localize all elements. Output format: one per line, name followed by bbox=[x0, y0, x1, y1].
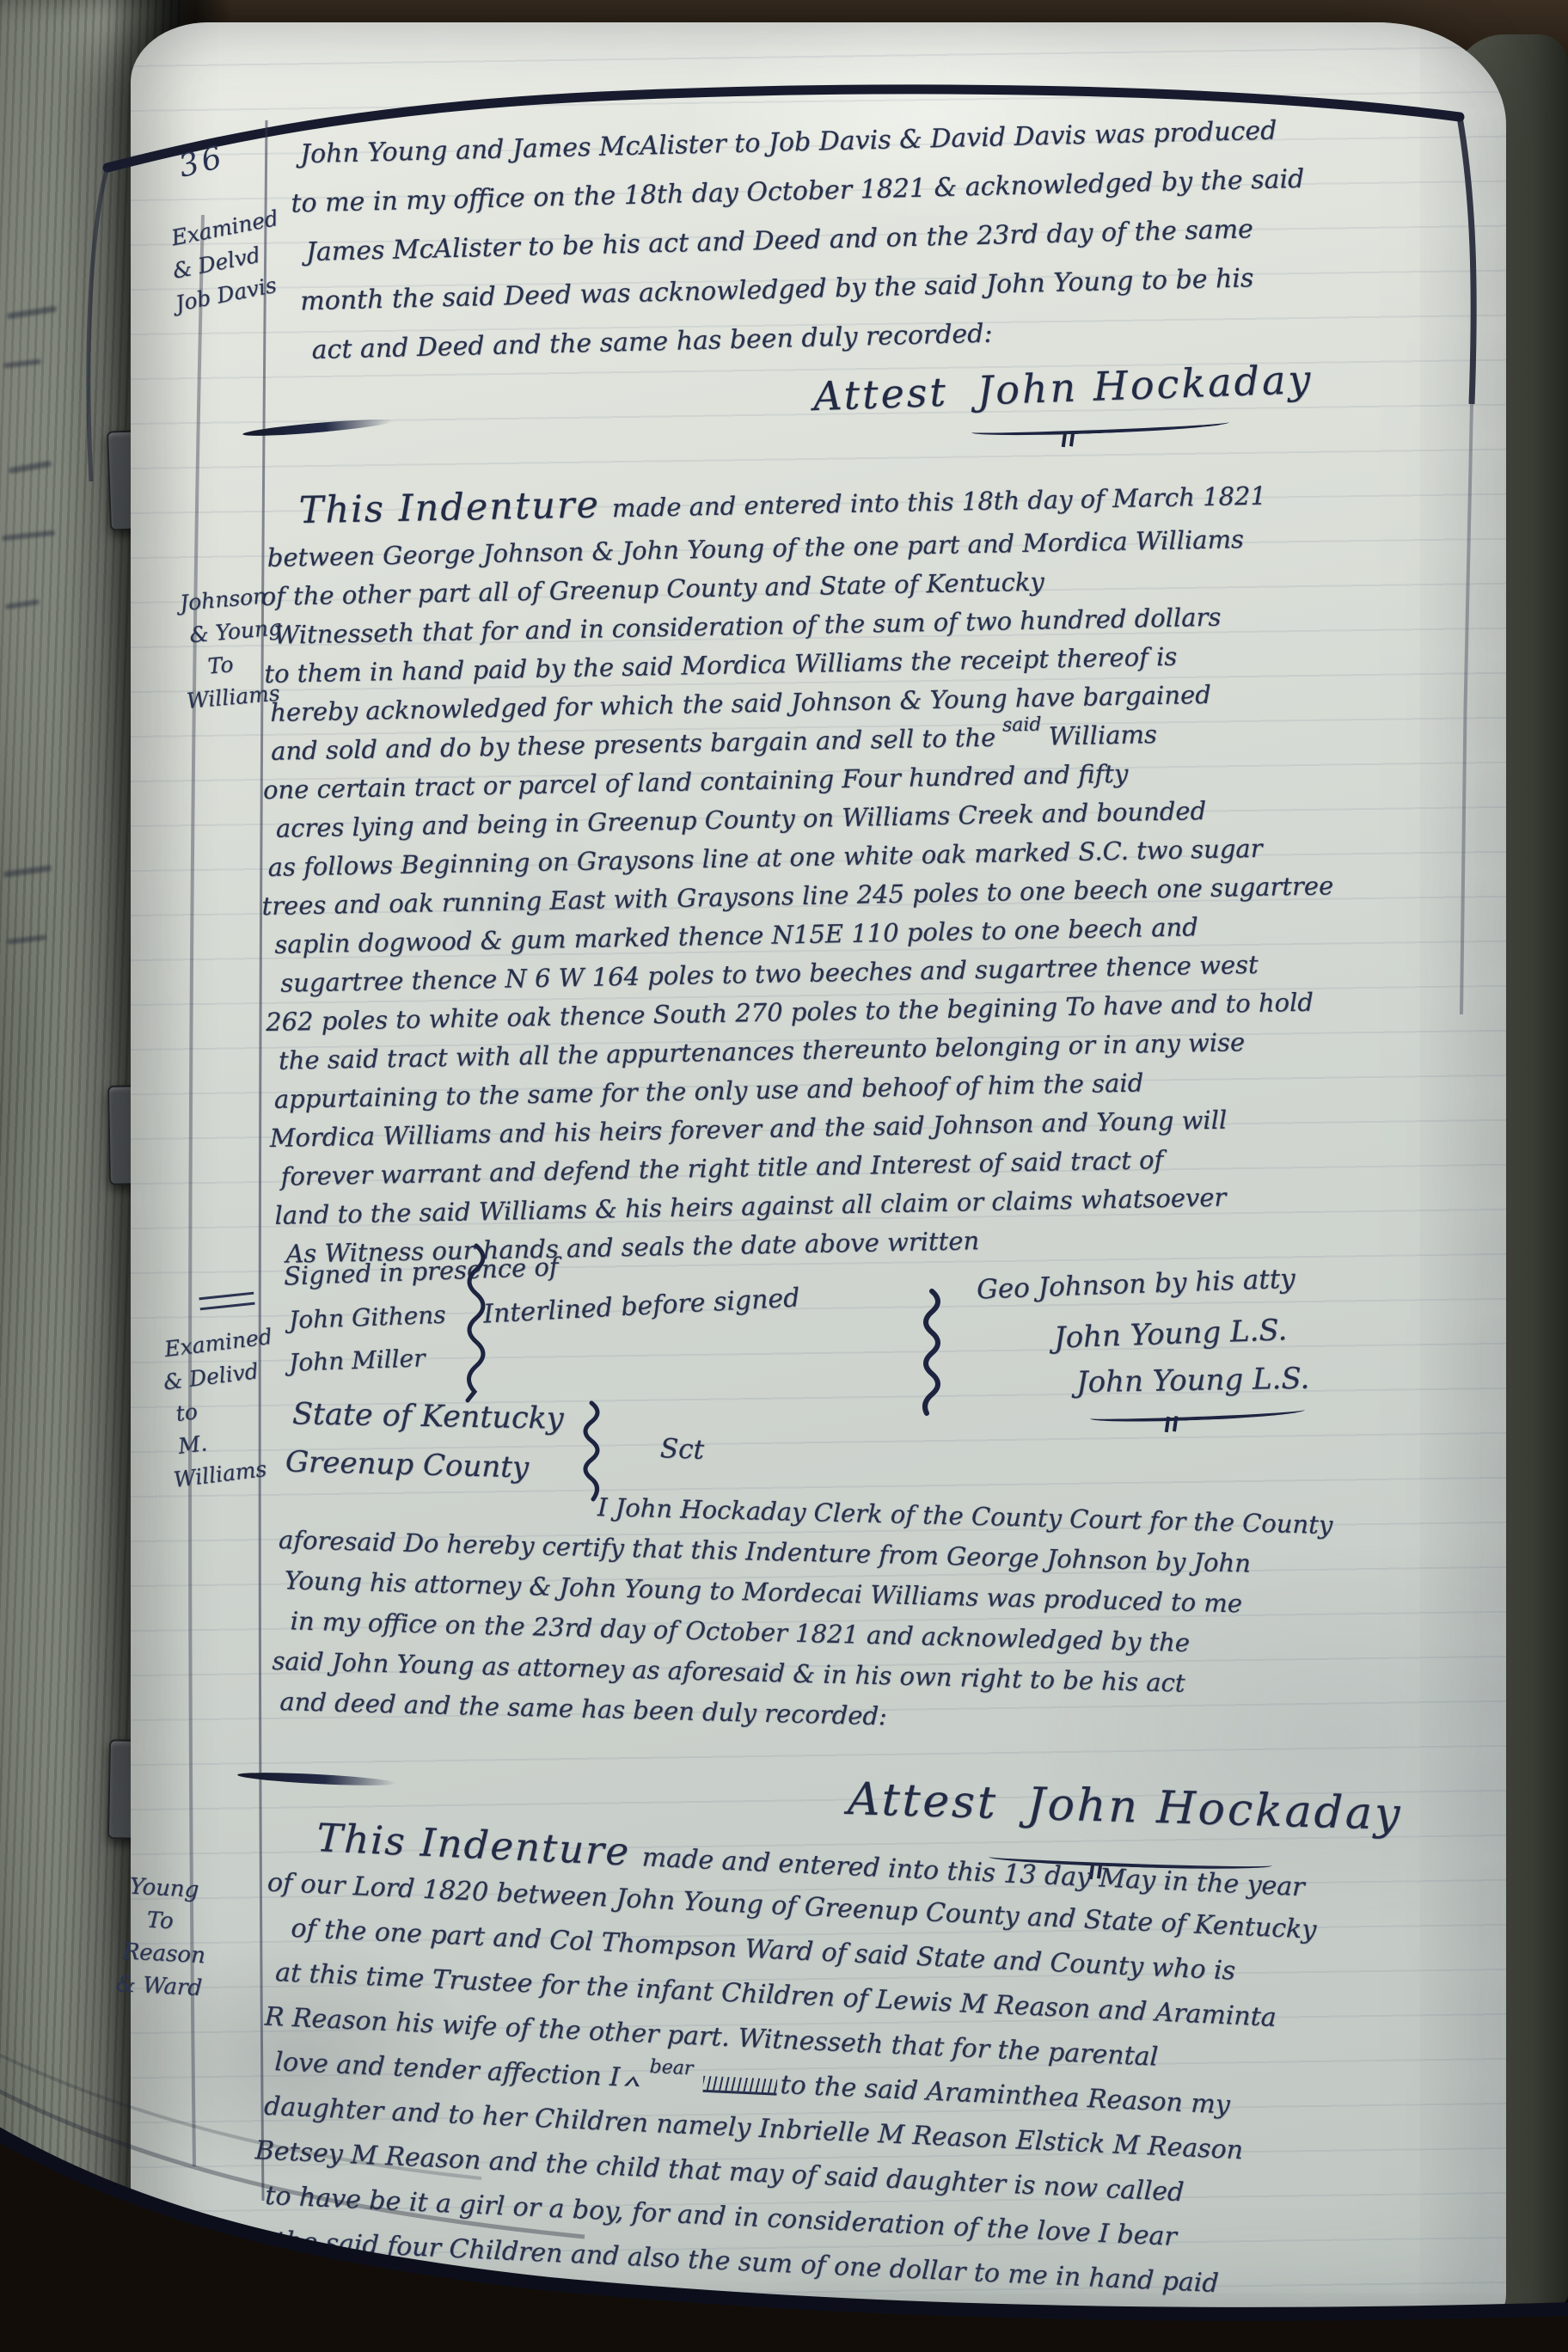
brace-squiggle bbox=[913, 1288, 942, 1417]
page-edge-ink-remnant bbox=[3, 358, 41, 368]
struck-out-word bbox=[702, 2076, 777, 2096]
record-entry-deed-johnson-young-to-williams: This Indenturemade and entered into this… bbox=[266, 469, 1340, 1277]
margin-note-young-to-reason-ward: Young To Reason & Ward bbox=[124, 1865, 210, 2000]
record-entry-clerk-certification: I John Hockaday Clerk of the County Cour… bbox=[274, 1485, 1333, 1753]
interlined-word: bear bbox=[649, 2056, 694, 2079]
deed-opening-words: This Indenture bbox=[298, 483, 600, 532]
margin-note-examined-delivered-williams: Examined & Delivd to M. Williams bbox=[162, 1318, 290, 1493]
margin-note-examined-job-davis: Examined & Delvd Job Davis bbox=[168, 202, 293, 319]
record-entry-indenture-young-to-ward: This Indenturemade and entered into this… bbox=[250, 1813, 1320, 2318]
margin-note-line: & Ward bbox=[115, 1963, 205, 2000]
handwritten-text: Williams bbox=[1048, 720, 1157, 750]
page-edge-ink-remnant bbox=[9, 461, 52, 475]
margin-note-line: Reason bbox=[122, 1930, 206, 1967]
attest-label: Attest bbox=[812, 369, 948, 420]
handwritten-text: made and entered into this 18th day of M… bbox=[612, 481, 1267, 524]
witness-signature: John Githens bbox=[288, 1301, 446, 1334]
page-edge-ink-remnant bbox=[5, 599, 40, 609]
scilicet-abbreviation: Sct bbox=[659, 1433, 704, 1466]
jurisdiction-brace-squiggle bbox=[574, 1400, 603, 1503]
witness-signature: John Miller bbox=[288, 1344, 426, 1377]
interlined-word: said bbox=[1002, 714, 1042, 737]
grantor-signature: John Young L.S. bbox=[1076, 1362, 1310, 1400]
clerk-signature: John Hockaday bbox=[1026, 1779, 1403, 1841]
insertion-caret bbox=[624, 2076, 641, 2087]
margin-note-line: Young bbox=[129, 1865, 210, 1902]
jurisdiction-caption-state: State of Kentucky bbox=[292, 1397, 564, 1436]
record-entry-acknowledgment: John Young and James McAlister to Job Da… bbox=[300, 115, 1309, 384]
jurisdiction-caption-county: Greenup County bbox=[285, 1445, 530, 1485]
page-edge-ink-remnant bbox=[2, 530, 55, 541]
page-edge-ink-remnant bbox=[7, 934, 46, 945]
page-edge-ink-remnant bbox=[7, 306, 57, 320]
photographed-deed-book-page: { "page": { "number": "36", "margin_note… bbox=[0, 0, 1568, 2352]
page-edge-ink-remnant bbox=[3, 865, 52, 878]
margin-note-line: To bbox=[146, 1899, 208, 1935]
attest-label: Attest bbox=[847, 1773, 998, 1829]
